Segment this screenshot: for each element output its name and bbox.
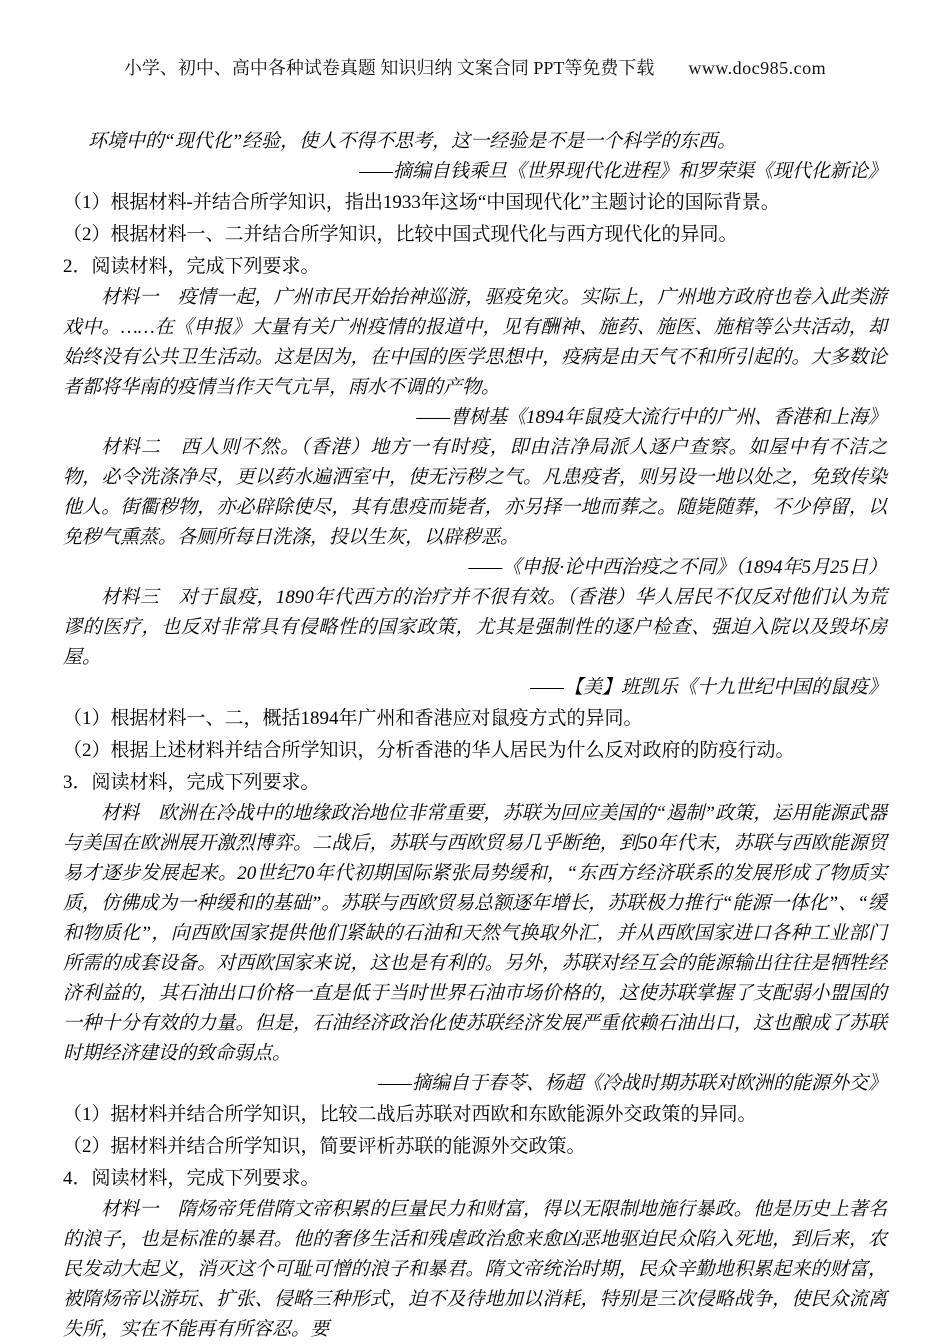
doc-block-item: （1）根据材料一、二，概括1894年广州和香港应对鼠疫方式的异同。 — [63, 703, 887, 735]
page-header: 小学、初中、高中各种试卷真题 知识归纳 文案合同 PPT等免费下载www.doc… — [0, 54, 950, 80]
doc-block-kai-cont: 环境中的“现代化”经验，使人不得不思考，这一经验是不是一个科学的东西。 — [63, 127, 887, 157]
doc-block-source: ——【美】班凯乐《十九世纪中国的鼠疫》 — [63, 673, 887, 703]
document-body: 环境中的“现代化”经验，使人不得不思考，这一经验是不是一个科学的东西。——摘编自… — [63, 127, 887, 1344]
doc-block-source: ——摘编自钱乘旦《世界现代化进程》和罗荣渠《现代化新论》 — [63, 157, 887, 187]
header-site-url: www.doc985.com — [688, 58, 826, 78]
doc-block-qnum: 4．阅读材料，完成下列要求。 — [63, 1163, 887, 1195]
doc-block-qnum: 3．阅读材料，完成下列要求。 — [63, 767, 887, 799]
doc-block-item: （2）据材料并结合所学知识，简要评析苏联的能源外交政策。 — [63, 1131, 887, 1163]
doc-block-qnum: 2．阅读材料，完成下列要求。 — [63, 251, 887, 283]
doc-block-item: （1）根据材料-并结合所学知识，指出1933年这场“中国现代化”主题讨论的国际背… — [63, 187, 887, 219]
doc-block-item: （1）据材料并结合所学知识，比较二战后苏联对西欧和东欧能源外交政策的异同。 — [63, 1099, 887, 1131]
doc-block-material: 材料三 对于鼠疫，1890年代西方的治疗并不很有效。（香港）华人居民不仅反对他们… — [63, 583, 887, 673]
doc-block-item: （2）根据上述材料并结合所学知识，分析香港的华人居民为什么反对政府的防疫行动。 — [63, 735, 887, 767]
doc-block-material: 材料一 疫情一起，广州市民开始抬神巡游，驱疫免灾。实际上，广州地方政府也卷入此类… — [63, 283, 887, 403]
doc-block-source: ——摘编自于春苓、杨超《冷战时期苏联对欧洲的能源外交》 — [63, 1069, 887, 1099]
doc-block-material: 材料一 隋炀帝凭借隋文帝积累的巨量民力和财富，得以无限制地施行暴政。他是历史上著… — [63, 1195, 887, 1344]
doc-block-material: 材料 欧洲在冷战中的地缘政治地位非常重要，苏联为回应美国的“遏制”政策，运用能源… — [63, 799, 887, 1069]
doc-block-source: ——曹树基《1894年鼠疫大流行中的广州、香港和上海》 — [63, 403, 887, 433]
doc-block-material: 材料二 西人则不然。（香港）地方一有时疫，即由洁净局派人逐户查察。如屋中有不洁之… — [63, 433, 887, 553]
header-watermark-text: 小学、初中、高中各种试卷真题 知识归纳 文案合同 PPT等免费下载 — [124, 58, 655, 78]
doc-block-item: （2）根据材料一、二并结合所学知识，比较中国式现代化与西方现代化的异同。 — [63, 219, 887, 251]
doc-block-source: ——《申报·论中西治疫之不同》（1894年5月25日） — [63, 553, 887, 583]
